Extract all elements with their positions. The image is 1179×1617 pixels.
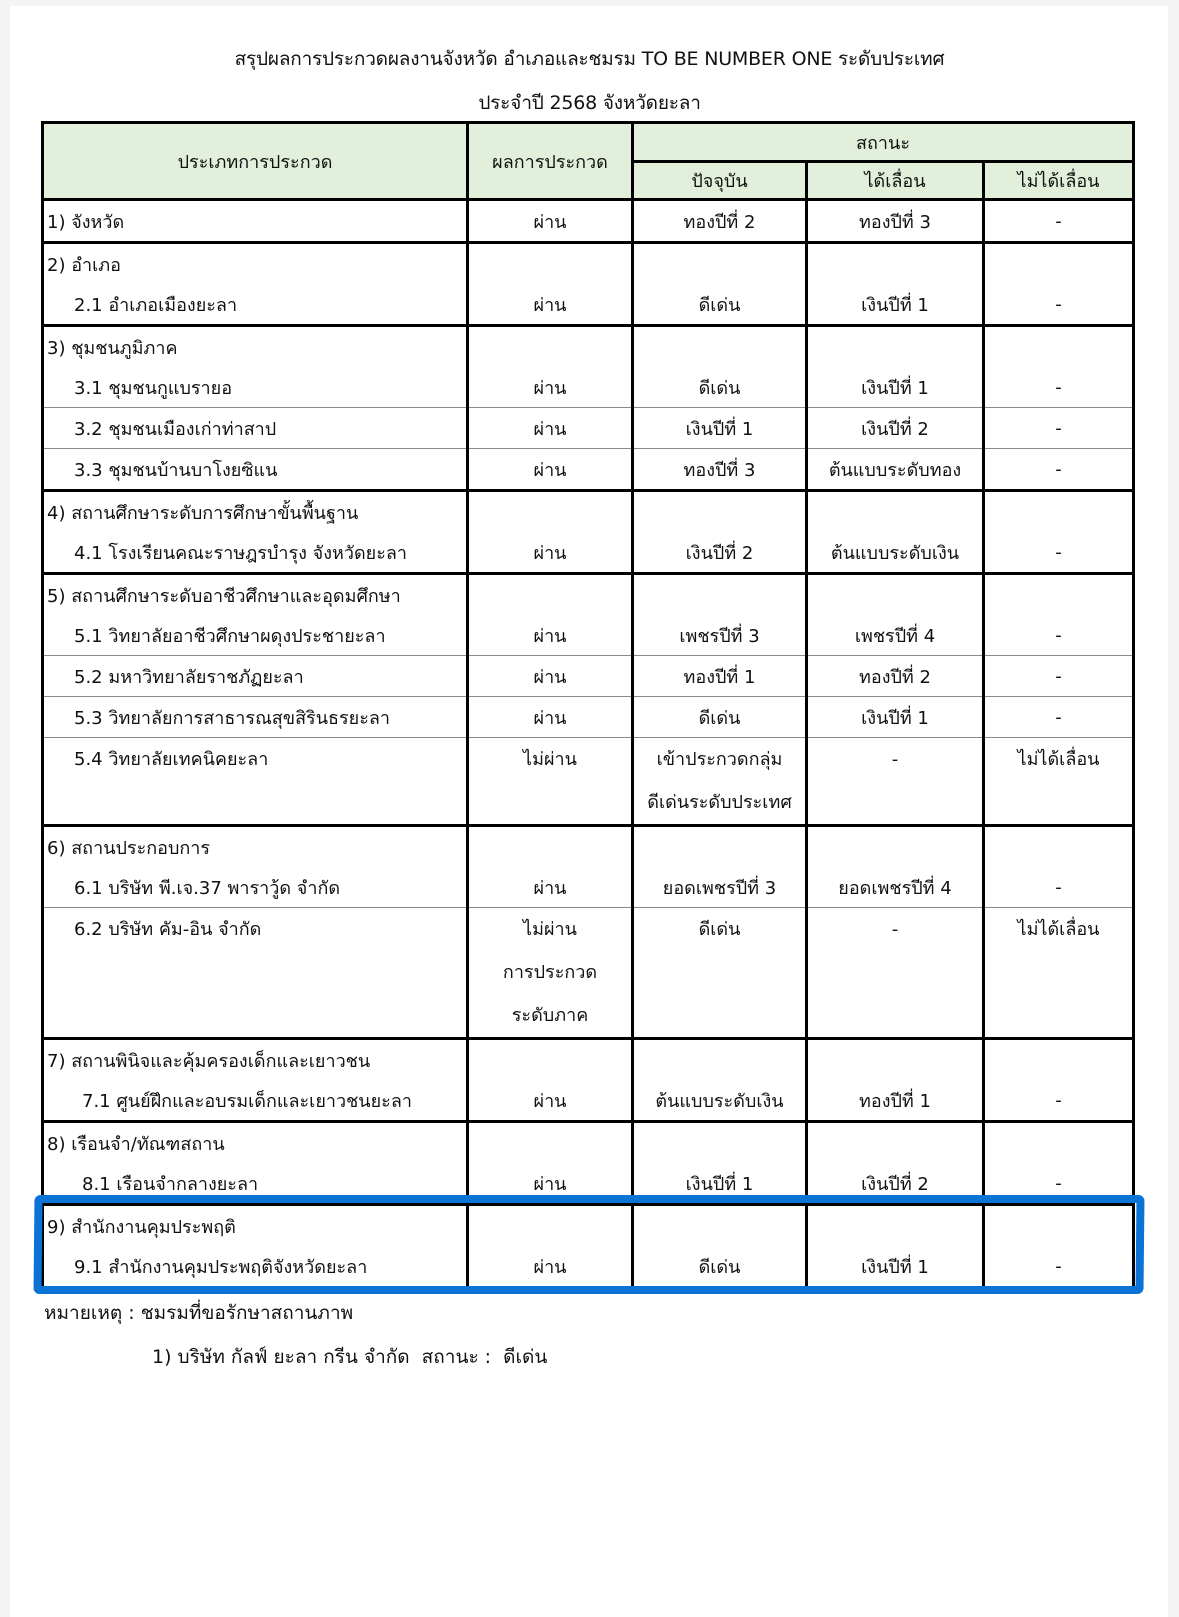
results-table: ประเภทการประกวด ผลการประกวด สถานะ ปัจจุบ… — [41, 121, 1135, 1289]
not-promoted-cell: - — [984, 1246, 1134, 1288]
group-row: 6) สถานประกอบการ — [43, 826, 1134, 868]
promoted-cell: ต้นแบบระดับเงิน — [807, 532, 984, 574]
table-row: 5.1 วิทยาลัยอาชีวศึกษาผดุงประชายะลา ผ่าน… — [43, 615, 1134, 656]
group-label: 3) ชุมชนภูมิภาค — [43, 326, 468, 368]
not-promoted-cell: - — [984, 532, 1134, 574]
promoted-cell: ต้นแบบระดับทอง — [807, 449, 984, 491]
category-cell: 2.1 อำเภอเมืองยะลา — [43, 284, 468, 326]
category-cell: 5.2 มหาวิทยาลัยราชภัฏยะลา — [43, 656, 468, 697]
current-cell: เงินปีที่ 1 — [633, 408, 807, 449]
group-label: 2) อำเภอ — [43, 243, 468, 285]
category-cell: 5.3 วิทยาลัยการสาธารณสุขสิรินธรยะลา — [43, 697, 468, 738]
header-status: สถานะ — [633, 123, 1134, 162]
not-promoted-cell: - — [984, 284, 1134, 326]
current-cell: ดีเด่น — [633, 367, 807, 408]
promoted-cell: ทองปีที่ 1 — [807, 1080, 984, 1122]
current-cell: ดีเด่น — [633, 697, 807, 738]
category-cell: 3.2 ชุมชนเมืองเก่าท่าสาป — [43, 408, 468, 449]
result-cell: ผ่าน — [468, 408, 633, 449]
promoted-cell: เงินปีที่ 1 — [807, 1246, 984, 1288]
category-cell: 3.3 ชุมชนบ้านบาโงยซิแน — [43, 449, 468, 491]
group-row: 7) สถานพินิจและคุ้มครองเด็กและเยาวชน — [43, 1039, 1134, 1081]
result-cell: ผ่าน — [468, 200, 633, 243]
result-cell: ผ่าน — [468, 1246, 633, 1288]
group-label: 9) สำนักงานคุมประพฤติ — [43, 1205, 468, 1247]
header-not-promoted: ไม่ได้เลื่อน — [984, 162, 1134, 200]
group-row: 2) อำเภอ — [43, 243, 1134, 285]
not-promoted-cell: - — [984, 697, 1134, 738]
current-cell: ดีเด่น — [633, 284, 807, 326]
group-label: 5) สถานศึกษาระดับอาชีวศึกษาและอุดมศึกษา — [43, 574, 468, 616]
result-cell: ผ่าน — [468, 367, 633, 408]
promoted-cell: เงินปีที่ 1 — [807, 367, 984, 408]
not-promoted-cell: - — [984, 449, 1134, 491]
table-row: 8.1 เรือนจำกลางยะลา ผ่าน เงินปีที่ 1 เงิ… — [43, 1163, 1134, 1205]
promoted-cell: เพชรปีที่ 4 — [807, 615, 984, 656]
not-promoted-cell: - — [984, 867, 1134, 908]
table-row: 3.1 ชุมชนกูแบรายอ ผ่าน ดีเด่น เงินปีที่ … — [43, 367, 1134, 408]
table-row: 3.3 ชุมชนบ้านบาโงยซิแน ผ่าน ทองปีที่ 3 ต… — [43, 449, 1134, 491]
category-cell: 6.2 บริษัท คัม-อิน จำกัด — [43, 908, 468, 1039]
result-cell: ผ่าน — [468, 615, 633, 656]
result-cell: ผ่าน — [468, 1163, 633, 1205]
result-line-2: การประกวด — [469, 951, 631, 994]
table-row: 5.4 วิทยาลัยเทคนิคยะลา ไม่ผ่าน เข้าประกว… — [43, 738, 1134, 826]
group-row: 3) ชุมชนภูมิภาค — [43, 326, 1134, 368]
table-row: 9.1 สำนักงานคุมประพฤติจังหวัดยะลา ผ่าน ด… — [43, 1246, 1134, 1288]
table-row: 4.1 โรงเรียนคณะราษฎรบำรุง จังหวัดยะลา ผ่… — [43, 532, 1134, 574]
current-cell: ดีเด่น — [633, 1246, 807, 1288]
header-category: ประเภทการประกวด — [43, 123, 468, 200]
current-line-1: เข้าประกวดกลุ่ม — [634, 738, 805, 781]
group-row: 8) เรือนจำ/ทัณฑสถาน — [43, 1122, 1134, 1164]
current-cell: ต้นแบบระดับเงิน — [633, 1080, 807, 1122]
current-cell: เพชรปีที่ 3 — [633, 615, 807, 656]
header-promoted: ได้เลื่อน — [807, 162, 984, 200]
result-cell: ผ่าน — [468, 697, 633, 738]
not-promoted-cell: - — [984, 656, 1134, 697]
category-cell: 8.1 เรือนจำกลางยะลา — [43, 1163, 468, 1205]
group-label: 4) สถานศึกษาระดับการศึกษาขั้นพื้นฐาน — [43, 491, 468, 533]
header-result: ผลการประกวด — [468, 123, 633, 200]
promoted-cell: เงินปีที่ 2 — [807, 1163, 984, 1205]
document-title: สรุปผลการประกวดผลงานจังหวัด อำเภอและชมรม… — [0, 44, 1179, 74]
result-line-1: ไม่ผ่าน — [469, 908, 631, 951]
result-cell: ผ่าน — [468, 284, 633, 326]
not-promoted-cell: ไม่ได้เลื่อน — [984, 738, 1134, 826]
category-cell: 7.1 ศูนย์ฝึกและอบรมเด็กและเยาวชนยะลา — [43, 1080, 468, 1122]
promoted-cell: เงินปีที่ 1 — [807, 697, 984, 738]
not-promoted-cell: - — [984, 200, 1134, 243]
current-cell: เข้าประกวดกลุ่ม ดีเด่นระดับประเทศ — [633, 738, 807, 826]
not-promoted-cell: - — [984, 367, 1134, 408]
table-row: 6.2 บริษัท คัม-อิน จำกัด ไม่ผ่าน การประก… — [43, 908, 1134, 1039]
category-cell: 3.1 ชุมชนกูแบรายอ — [43, 367, 468, 408]
group-label: 6) สถานประกอบการ — [43, 826, 468, 868]
result-cell: ผ่าน — [468, 867, 633, 908]
group-label: 7) สถานพินิจและคุ้มครองเด็กและเยาวชน — [43, 1039, 468, 1081]
result-cell: ผ่าน — [468, 449, 633, 491]
note-heading: หมายเหตุ : ชมรมที่ขอรักษาสถานภาพ — [44, 1298, 353, 1328]
current-cell: ดีเด่น — [633, 908, 807, 1039]
result-cell: ผ่าน — [468, 532, 633, 574]
category-cell: 4.1 โรงเรียนคณะราษฎรบำรุง จังหวัดยะลา — [43, 532, 468, 574]
not-promoted-cell: - — [984, 1163, 1134, 1205]
not-promoted-cell: - — [984, 1080, 1134, 1122]
category-cell: 5.1 วิทยาลัยอาชีวศึกษาผดุงประชายะลา — [43, 615, 468, 656]
promoted-cell: เงินปีที่ 1 — [807, 284, 984, 326]
promoted-cell: ยอดเพชรปีที่ 4 — [807, 867, 984, 908]
group-row: 5) สถานศึกษาระดับอาชีวศึกษาและอุดมศึกษา — [43, 574, 1134, 616]
table-row: 1) จังหวัด ผ่าน ทองปีที่ 2 ทองปีที่ 3 - — [43, 200, 1134, 243]
group-label: 8) เรือนจำ/ทัณฑสถาน — [43, 1122, 468, 1164]
not-promoted-cell: - — [984, 408, 1134, 449]
result-cell: ไม่ผ่าน — [468, 738, 633, 826]
result-cell: ไม่ผ่าน การประกวด ระดับภาค — [468, 908, 633, 1039]
current-cell: เงินปีที่ 1 — [633, 1163, 807, 1205]
group-row: 9) สำนักงานคุมประพฤติ — [43, 1205, 1134, 1247]
current-line-2: ดีเด่นระดับประเทศ — [634, 781, 805, 824]
not-promoted-cell: - — [984, 615, 1134, 656]
current-cell: ยอดเพชรปีที่ 3 — [633, 867, 807, 908]
table-row: 2.1 อำเภอเมืองยะลา ผ่าน ดีเด่น เงินปีที่… — [43, 284, 1134, 326]
document-subtitle: ประจำปี 2568 จังหวัดยะลา — [0, 88, 1179, 118]
category-cell: 1) จังหวัด — [43, 200, 468, 243]
category-cell: 9.1 สำนักงานคุมประพฤติจังหวัดยะลา — [43, 1246, 468, 1288]
table-row: 5.2 มหาวิทยาลัยราชภัฏยะลา ผ่าน ทองปีที่ … — [43, 656, 1134, 697]
promoted-cell: ทองปีที่ 2 — [807, 656, 984, 697]
table-row: 5.3 วิทยาลัยการสาธารณสุขสิรินธรยะลา ผ่าน… — [43, 697, 1134, 738]
not-promoted-cell: ไม่ได้เลื่อน — [984, 908, 1134, 1039]
promoted-cell: - — [807, 908, 984, 1039]
current-cell: ทองปีที่ 2 — [633, 200, 807, 243]
table-row: 7.1 ศูนย์ฝึกและอบรมเด็กและเยาวชนยะลา ผ่า… — [43, 1080, 1134, 1122]
promoted-cell: เงินปีที่ 2 — [807, 408, 984, 449]
category-cell: 5.4 วิทยาลัยเทคนิคยะลา — [43, 738, 468, 826]
header-current: ปัจจุบัน — [633, 162, 807, 200]
current-cell: เงินปีที่ 2 — [633, 532, 807, 574]
result-cell: ผ่าน — [468, 656, 633, 697]
promoted-cell: - — [807, 738, 984, 826]
table-row: 3.2 ชุมชนเมืองเก่าท่าสาป ผ่าน เงินปีที่ … — [43, 408, 1134, 449]
current-cell: ทองปีที่ 1 — [633, 656, 807, 697]
table-row: 6.1 บริษัท พี.เจ.37 พาราวู้ด จำกัด ผ่าน … — [43, 867, 1134, 908]
result-line-3: ระดับภาค — [469, 994, 631, 1037]
category-cell: 6.1 บริษัท พี.เจ.37 พาราวู้ด จำกัด — [43, 867, 468, 908]
note-item: 1) บริษัท กัลฟ์ ยะลา กรีน จำกัด สถานะ : … — [152, 1342, 547, 1372]
group-row: 4) สถานศึกษาระดับการศึกษาขั้นพื้นฐาน — [43, 491, 1134, 533]
result-cell: ผ่าน — [468, 1080, 633, 1122]
promoted-cell: ทองปีที่ 3 — [807, 200, 984, 243]
current-cell: ทองปีที่ 3 — [633, 449, 807, 491]
